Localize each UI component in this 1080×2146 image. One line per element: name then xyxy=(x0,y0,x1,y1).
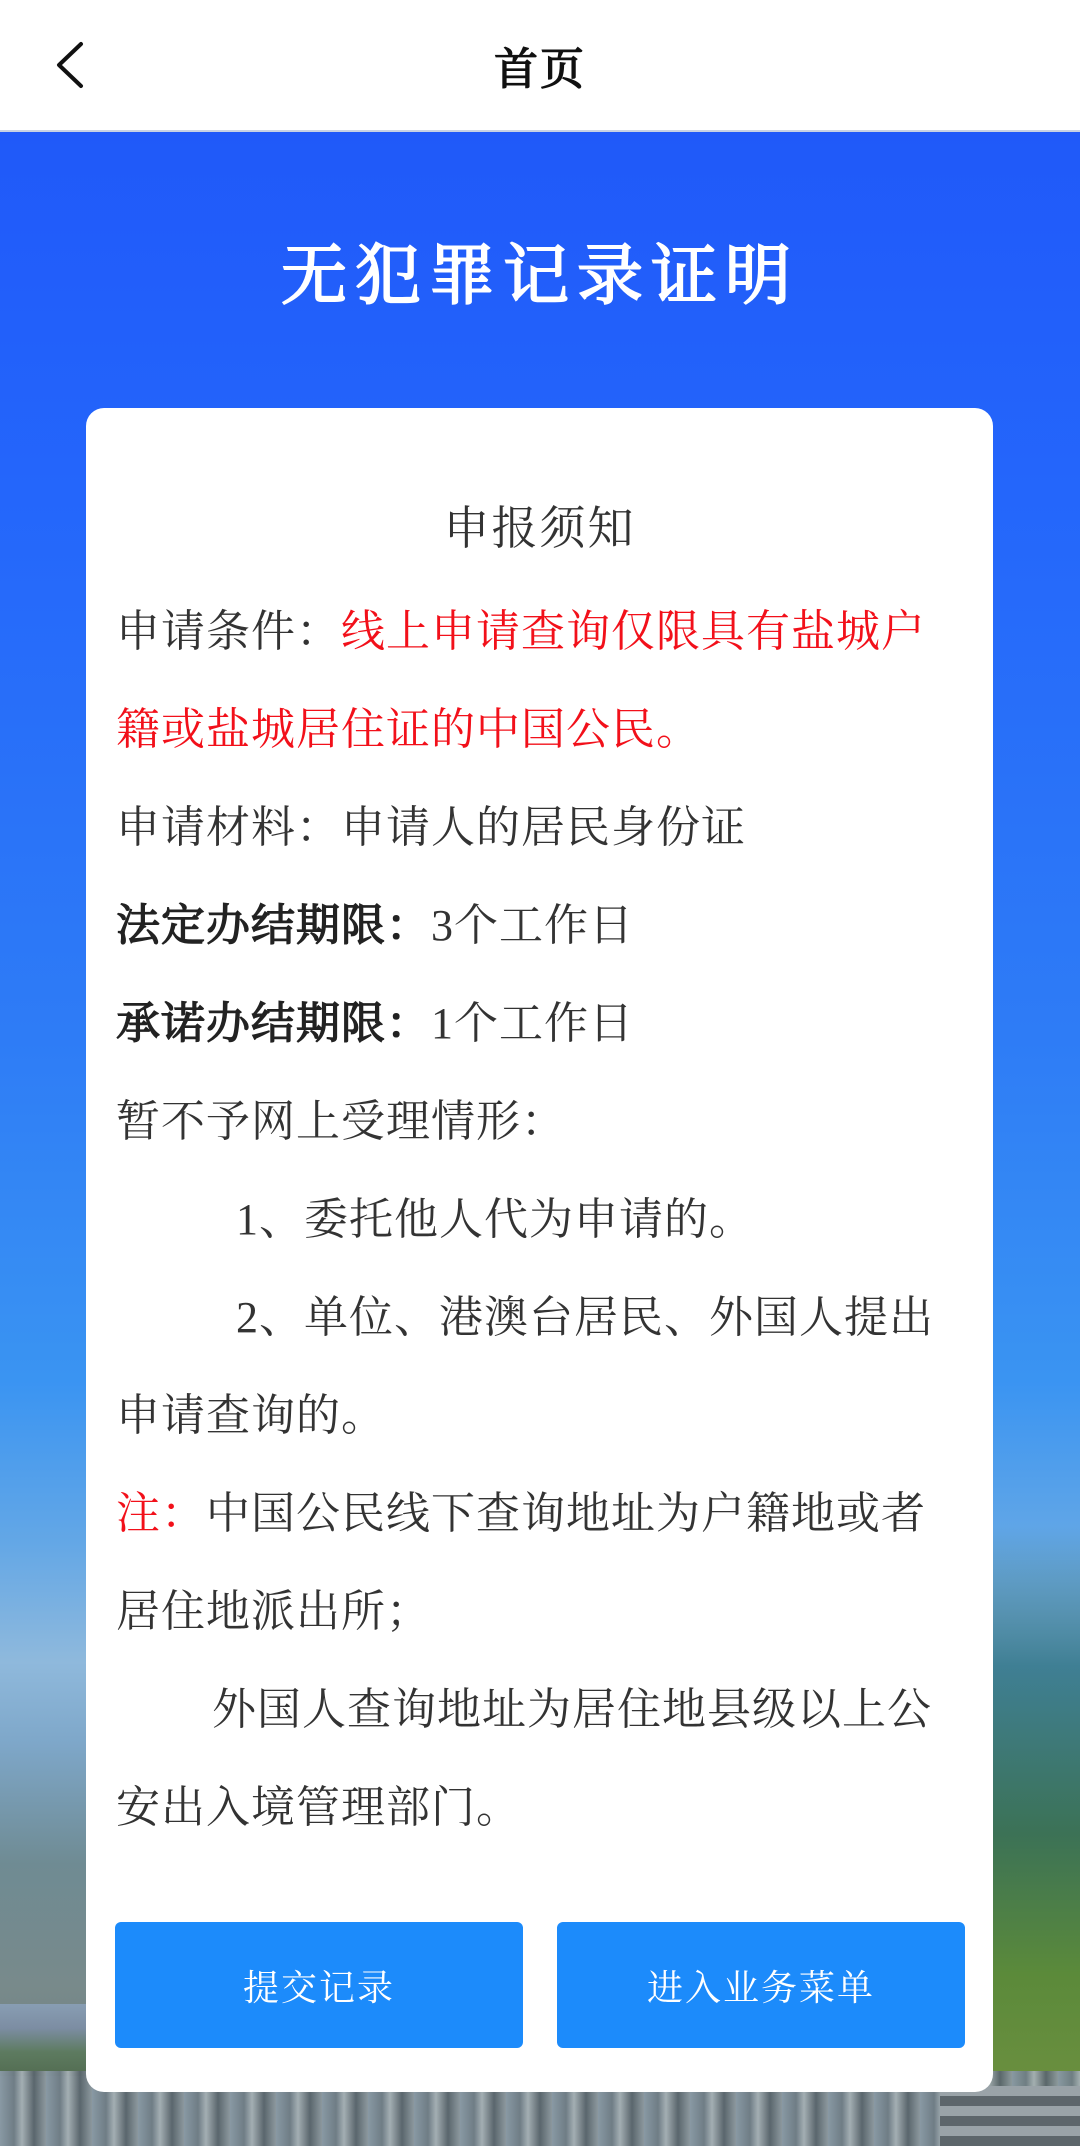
note-citizens-row: 注：中国公民线下查询地址为户籍地或者居住地派出所； xyxy=(116,1465,946,1661)
exclusions-label: 暂不予网上受理情形： xyxy=(116,1073,946,1171)
materials-row: 申请材料：申请人的居民身份证 xyxy=(116,779,946,877)
exclusion-number: 1 xyxy=(236,1195,259,1244)
conditions-row: 申请条件：线上申请查询仅限具有盐城户籍或盐城居住证的中国公民。 xyxy=(116,583,946,779)
promised-deadline-number: 1 xyxy=(431,999,454,1048)
stone-steps-image xyxy=(940,2086,1080,2146)
enter-business-menu-button[interactable]: 进入业务菜单 xyxy=(557,1922,965,2048)
note-label: 注： xyxy=(116,1488,206,1539)
notice-heading: 申报须知 xyxy=(86,492,993,558)
note-citizens-text: 中国公民线下查询地址为户籍地或者居住地派出所； xyxy=(116,1488,926,1637)
conditions-label: 申请条件： xyxy=(116,606,341,657)
notice-body: 申请条件：线上申请查询仅限具有盐城户籍或盐城居住证的中国公民。 申请材料：申请人… xyxy=(116,583,946,1857)
legal-deadline-row: 法定办结期限：3个工作日 xyxy=(116,877,946,975)
willow-trees-image xyxy=(985,1526,1080,2086)
page-title: 无犯罪记录证明 xyxy=(0,222,1080,317)
promised-deadline-row: 承诺办结期限：1个工作日 xyxy=(116,975,946,1073)
nav-title: 首页 xyxy=(494,33,586,97)
submit-records-button[interactable]: 提交记录 xyxy=(115,1922,523,2048)
note-foreigners-row: 外国人查询地址为居住地县级以上公安出入境管理部门。 xyxy=(116,1661,946,1857)
promised-deadline-label: 承诺办结期限： xyxy=(116,998,431,1049)
back-button[interactable] xyxy=(40,30,100,100)
materials-value: 申请人的居民身份证 xyxy=(341,802,746,853)
exclusion-text: 、委托他人代为申请的。 xyxy=(259,1194,754,1245)
navbar: 首页 xyxy=(0,0,1080,132)
exclusion-item: 1、委托他人代为申请的。 xyxy=(116,1171,946,1269)
legal-deadline-number: 3 xyxy=(431,901,454,950)
exclusion-item: 2、单位、港澳台居民、外国人提出申请查询的。 xyxy=(116,1269,946,1465)
legal-deadline-unit: 个工作日 xyxy=(454,900,634,951)
legal-deadline-label: 法定办结期限： xyxy=(116,900,431,951)
chevron-left-icon xyxy=(53,40,87,90)
promised-deadline-unit: 个工作日 xyxy=(454,998,634,1049)
note-foreigners-text: 外国人查询地址为居住地县级以上公安出入境管理部门。 xyxy=(116,1684,932,1833)
exclusion-number: 2 xyxy=(236,1293,259,1342)
materials-label: 申请材料： xyxy=(116,802,341,853)
notice-card: 申报须知 申请条件：线上申请查询仅限具有盐城户籍或盐城居住证的中国公民。 申请材… xyxy=(86,408,993,2092)
